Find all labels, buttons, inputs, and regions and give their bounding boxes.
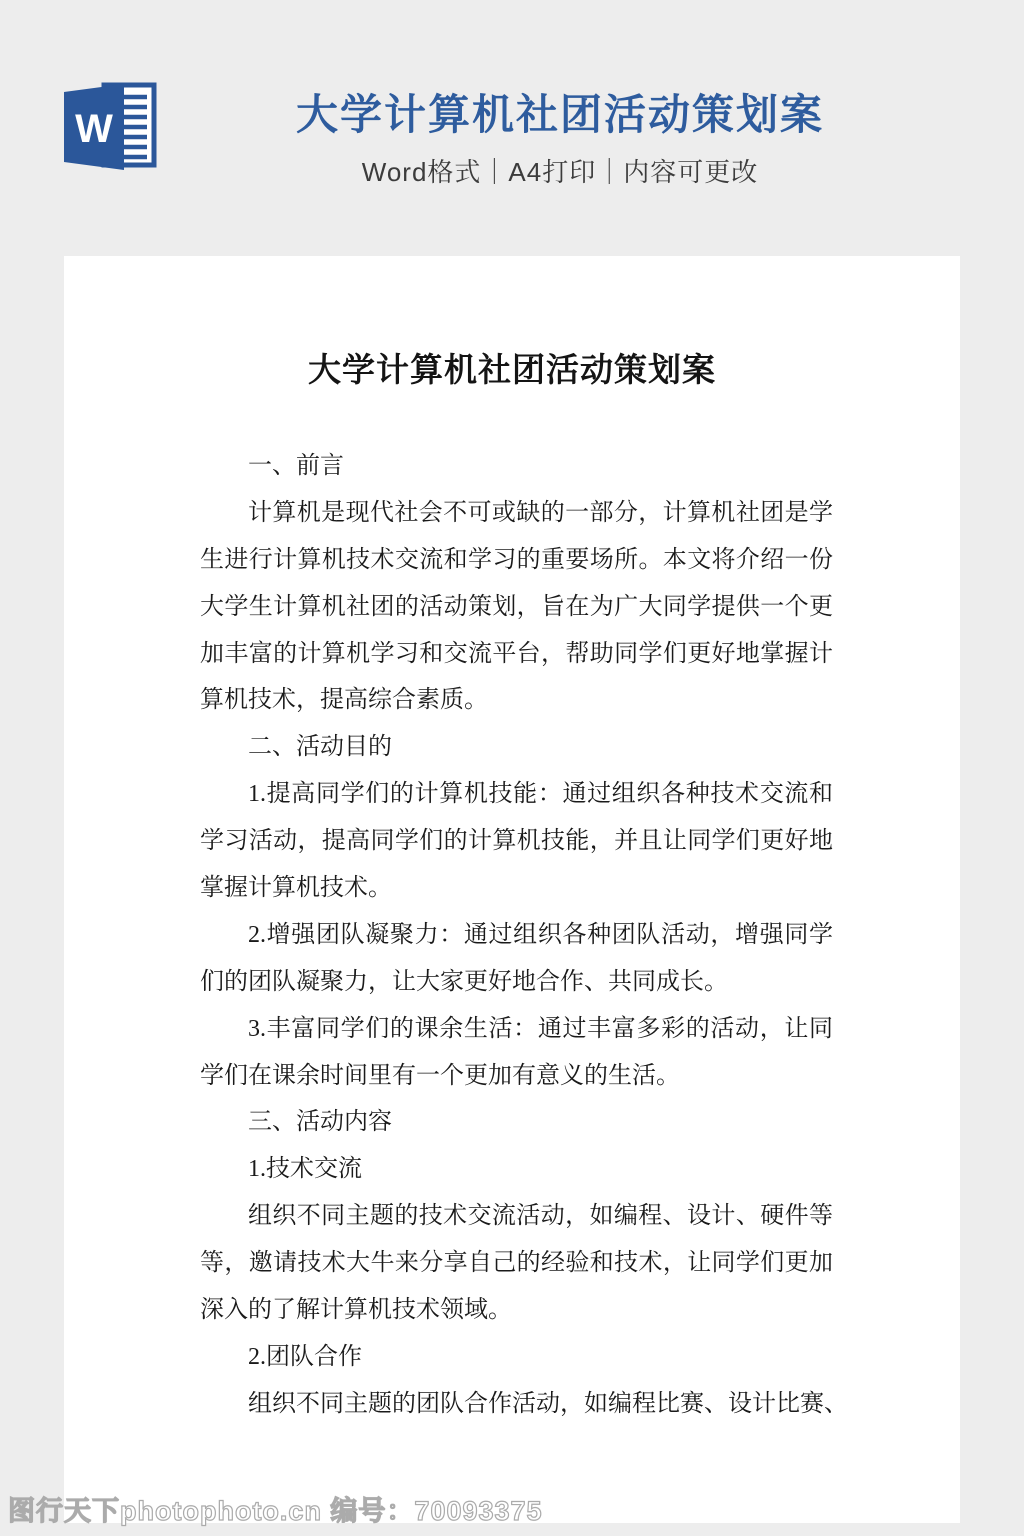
header: 大学计算机社团活动策划案 Word格式｜A4打印｜内容可更改 bbox=[170, 92, 950, 189]
doc-line: 1.提高同学们的计算机技能：通过组织各种技术交流和 bbox=[200, 771, 833, 818]
doc-line: 加丰富的计算机学习和交流平台，帮助同学们更好地掌握计 bbox=[200, 631, 833, 678]
doc-line: 2.团队合作 bbox=[200, 1334, 833, 1381]
doc-line: 3.丰富同学们的课余生活：通过丰富多彩的活动，让同 bbox=[200, 1006, 833, 1053]
doc-line: 学习活动，提高同学们的计算机技能，并且让同学们更好地 bbox=[200, 818, 833, 865]
doc-line: 们的团队凝聚力，让大家更好地合作、共同成长。 bbox=[200, 959, 833, 1006]
word-icon-letter: W bbox=[75, 107, 113, 151]
doc-line: 等，邀请技术大牛来分享自己的经验和技术，让同学们更加 bbox=[200, 1240, 833, 1287]
watermark-text: 图行天下photophoto.cn 编号：70093375 bbox=[8, 1489, 543, 1528]
word-icon-panel: W bbox=[64, 84, 124, 170]
doc-line: 算机技术，提高综合素质。 bbox=[200, 677, 833, 724]
document-title: 大学计算机社团活动策划案 bbox=[64, 344, 960, 391]
doc-line: 1.技术交流 bbox=[200, 1146, 833, 1193]
doc-line: 学们在课余时间里有一个更加有意义的生活。 bbox=[200, 1053, 833, 1100]
document-page: 大学计算机社团活动策划案 一、前言计算机是现代社会不可或缺的一部分，计算机社团是… bbox=[64, 256, 960, 1523]
doc-line: 一、前言 bbox=[200, 443, 833, 490]
doc-line: 深入的了解计算机技术领域。 bbox=[200, 1287, 833, 1334]
doc-line: 掌握计算机技术。 bbox=[200, 865, 833, 912]
doc-body: 一、前言计算机是现代社会不可或缺的一部分，计算机社团是学生进行计算机技术交流和学… bbox=[200, 443, 833, 1428]
screenshot-root: W 大学计算机社团活动策划案 Word格式｜A4打印｜内容可更改 大学计算机社团… bbox=[0, 0, 1024, 1536]
doc-line: 组织不同主题的技术交流活动，如编程、设计、硬件等 bbox=[200, 1193, 833, 1240]
header-title: 大学计算机社团活动策划案 bbox=[170, 92, 950, 138]
doc-line: 2.增强团队凝聚力：通过组织各种团队活动，增强同学 bbox=[200, 912, 833, 959]
doc-line: 计算机是现代社会不可或缺的一部分，计算机社团是学 bbox=[200, 490, 833, 537]
header-subtitle: Word格式｜A4打印｜内容可更改 bbox=[170, 152, 950, 189]
doc-line: 生进行计算机技术交流和学习的重要场所。本文将介绍一份 bbox=[200, 537, 833, 584]
doc-line: 大学生计算机社团的活动策划，旨在为广大同学提供一个更 bbox=[200, 584, 833, 631]
word-document-icon: W bbox=[62, 80, 158, 174]
doc-line: 三、活动内容 bbox=[200, 1099, 833, 1146]
doc-line: 二、活动目的 bbox=[200, 724, 833, 771]
doc-line: 组织不同主题的团队合作活动，如编程比赛、设计比赛、 bbox=[200, 1381, 833, 1428]
